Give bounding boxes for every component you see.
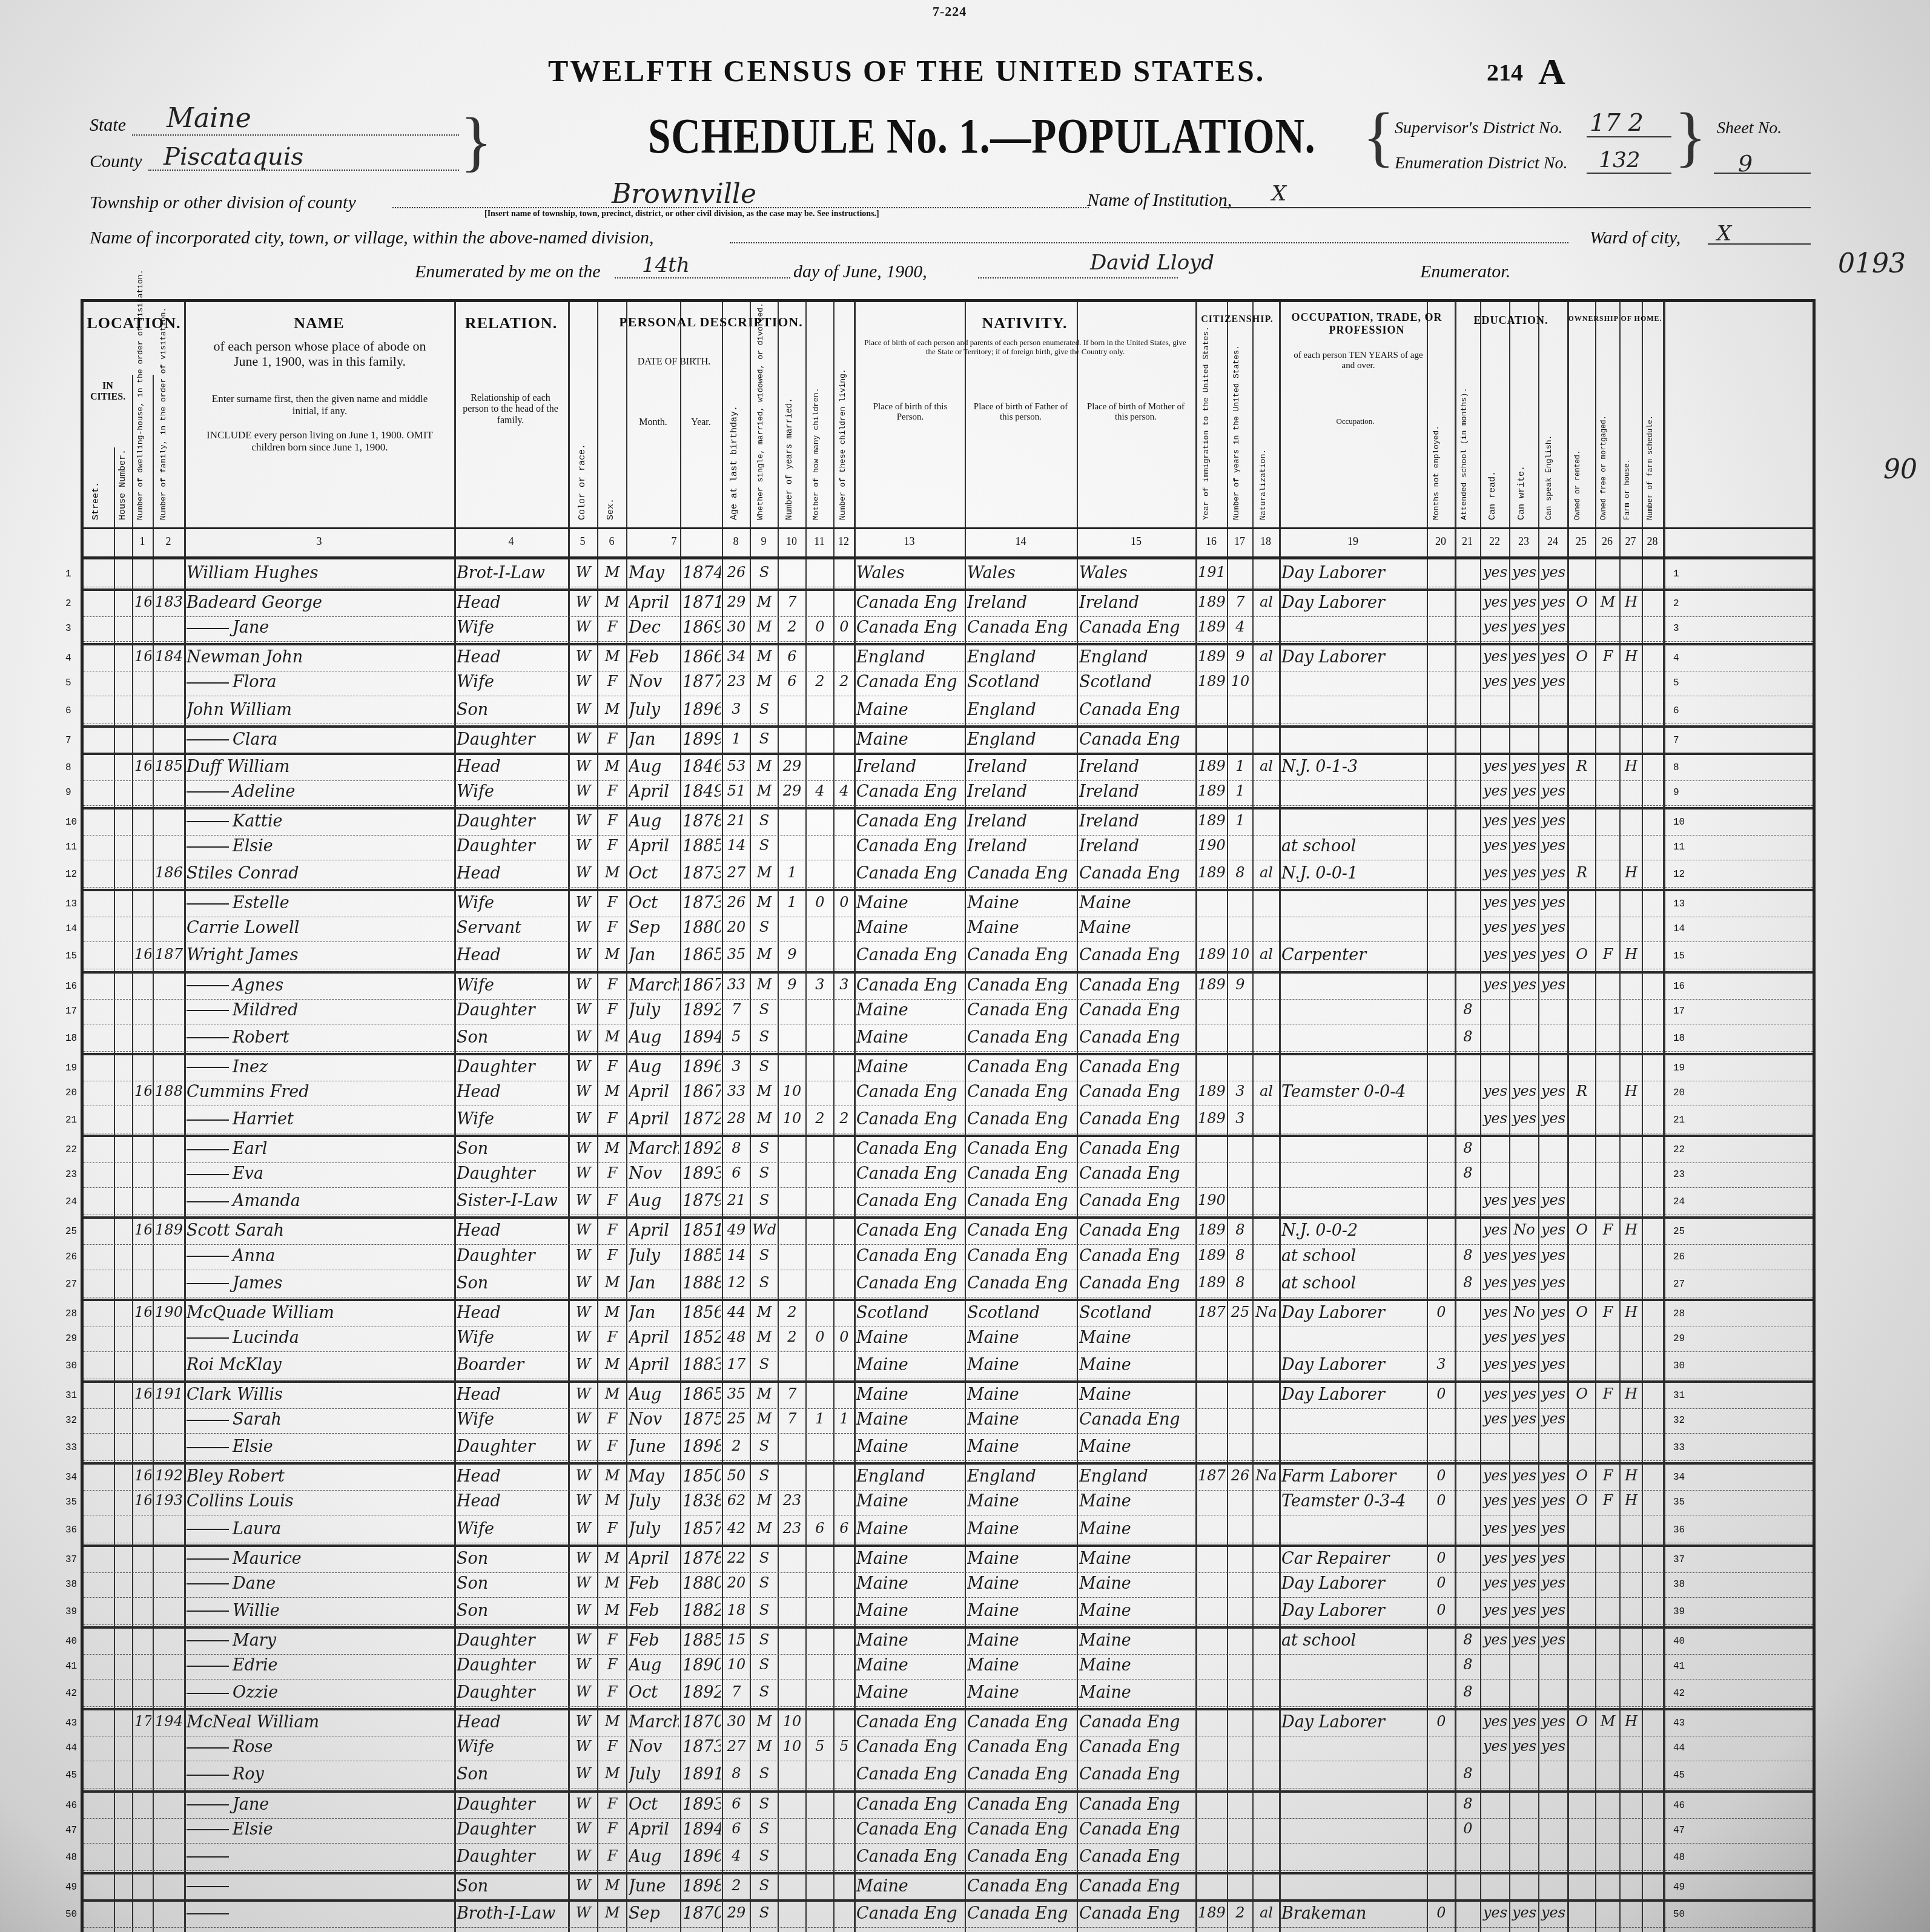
cell-mu: 0	[1429, 1304, 1453, 1320]
cell-mother: Canada Eng	[1079, 1164, 1194, 1183]
cell-relation: Daughter	[457, 1247, 567, 1265]
cell-name: Collins Louis	[187, 1492, 453, 1511]
cell-cl: 2	[836, 673, 853, 690]
table-row: 2727JamesSonWMJan188812SCanada EngCanada…	[84, 1271, 1813, 1297]
cell-sch: 8	[1457, 1247, 1479, 1264]
cell-read: yes	[1482, 976, 1508, 993]
group-citizenship: CITIZENSHIP.	[1195, 314, 1279, 325]
col-number: 6	[597, 535, 626, 548]
cell-mother: Canada Eng	[1079, 1192, 1194, 1210]
cell-relation: Wife	[457, 1110, 567, 1129]
table-row: 2121HarrietWifeWFApril187228M1022Canada …	[84, 1107, 1813, 1133]
cell-mother: Ireland	[1079, 812, 1194, 831]
cell-name: Mildred	[187, 1001, 453, 1020]
line-number: 5	[1673, 678, 1679, 688]
cell-relation: Head	[457, 946, 567, 964]
name-dash	[187, 1256, 229, 1257]
line-number: 24	[65, 1196, 77, 1207]
cell-name: John William	[187, 701, 453, 719]
state-label: State	[90, 115, 126, 136]
cell-color: W	[570, 1247, 596, 1264]
cell-ym: 1	[780, 894, 804, 911]
cell-cl: 0	[836, 618, 853, 635]
cell-age: 50	[724, 1467, 749, 1484]
cell-father: Canada Eng	[967, 1877, 1076, 1896]
cell-age: 15	[724, 1631, 749, 1648]
cell-father: Canada Eng	[967, 1274, 1076, 1293]
cell-nat: al	[1255, 757, 1278, 774]
cell-color: W	[570, 1356, 596, 1373]
cell-marital: S	[752, 730, 776, 747]
cell-read: yes	[1482, 564, 1508, 581]
cell-eng: yes	[1541, 618, 1566, 635]
cell-mother: Canada Eng	[1079, 1877, 1194, 1896]
cell-father: Canada Eng	[967, 1139, 1076, 1158]
name-dash	[187, 739, 229, 740]
name-dash	[187, 1037, 229, 1038]
cell-age: 30	[724, 1713, 749, 1730]
cell-yrs: 3	[1229, 1110, 1251, 1127]
cell-marital: S	[752, 1467, 776, 1484]
line-number: 37	[65, 1554, 77, 1565]
person-name: Scott Sarah	[187, 1221, 284, 1240]
cell-immig: 1899	[1198, 812, 1226, 829]
table-row: 4646JaneDaughterWFOct18936SCanada EngCan…	[84, 1790, 1813, 1819]
line-number: 28	[1673, 1308, 1685, 1319]
cell-marital: S	[752, 812, 776, 829]
cell-father: Scotland	[967, 1304, 1076, 1322]
line-number: 16	[1673, 981, 1685, 992]
table-row: 22160183Badeard GeorgeHeadWMApril187129M…	[84, 589, 1813, 617]
cell-age: 21	[724, 1192, 749, 1208]
cell-free: F	[1598, 1385, 1618, 1402]
cell-month: Jan	[629, 946, 679, 964]
cell-year: 1878	[682, 812, 721, 831]
cell-mother: Maine	[1079, 1656, 1194, 1675]
col-number: 12	[833, 535, 854, 548]
line-number: 40	[1673, 1636, 1685, 1647]
col-number: 14	[965, 535, 1077, 548]
col-number: 8	[722, 535, 750, 548]
cell-year: 1880	[682, 1574, 721, 1593]
cell-yrs: 2	[1229, 1904, 1251, 1921]
name-instr2: INCLUDE every person living on June 1, 1…	[202, 429, 438, 453]
cell-write: yes	[1512, 1385, 1537, 1402]
cell-birth: Canada Eng	[856, 1904, 963, 1923]
line-number: 39	[1673, 1606, 1685, 1617]
cell-marital: M	[752, 894, 776, 911]
cell-name: Agnes	[187, 976, 453, 995]
cell-father: Canada Eng	[967, 1164, 1076, 1183]
table-row: 3434168192Bley RobertHeadWMMay185050SEng…	[84, 1462, 1813, 1491]
cell-fh: H	[1622, 1492, 1641, 1509]
cell-age: 14	[724, 1247, 749, 1264]
cell-age: 25	[724, 1410, 749, 1427]
cell-birth: Canada Eng	[856, 782, 963, 801]
cell-father: Canada Eng	[967, 1795, 1076, 1814]
header-rule	[84, 556, 1813, 559]
cell-birth: Canada Eng	[856, 1713, 963, 1732]
person-name: William Hughes	[187, 564, 319, 582]
cell-read: yes	[1482, 1221, 1508, 1238]
cell-occ: Day Laborer	[1281, 1304, 1426, 1322]
col-number: 9	[750, 535, 778, 548]
cell-age: 20	[724, 918, 749, 935]
cell-color: W	[570, 782, 596, 799]
cell-fh: H	[1622, 1713, 1641, 1730]
cell-name: Duff William	[187, 757, 453, 776]
cell-marital: M	[752, 673, 776, 690]
cell-marital: S	[752, 1192, 776, 1208]
cell-name: Maurice	[187, 1549, 453, 1568]
cell-age: 48	[724, 1328, 749, 1345]
cell-age: 2	[724, 1437, 749, 1454]
cell-color: W	[570, 1028, 596, 1045]
table-row: 2222EarlSonWMMarch18928SCanada EngCanada…	[84, 1135, 1813, 1163]
cell-sex: M	[600, 1356, 625, 1373]
table-row: 4545RoySonWMJuly18918SCanada EngCanada E…	[84, 1762, 1813, 1789]
month-header: Month.	[626, 417, 680, 428]
line-number: 13	[65, 898, 77, 909]
cell-father: Maine	[967, 1328, 1076, 1347]
table-row: 3535167193Collins LouisHeadWMJuly183862M…	[84, 1489, 1813, 1515]
col-number: 23	[1509, 535, 1538, 548]
person-name: Inez	[233, 1058, 268, 1076]
cell-relation: Wife	[457, 976, 567, 995]
cell-occ: at school	[1281, 837, 1426, 856]
table-row: 3737MauriceSonWMApril187822SMaineMaineMa…	[84, 1545, 1813, 1573]
cell-month: April	[629, 1083, 679, 1101]
table-row: 2424AmandaSister-I-LawWFAug187921SCanada…	[84, 1189, 1813, 1215]
name-dash	[187, 1583, 229, 1584]
cell-color: W	[570, 1656, 596, 1673]
line-number: 45	[1673, 1770, 1685, 1781]
cell-mother: England	[1079, 648, 1194, 667]
cell-month: Jan	[629, 1304, 679, 1322]
cell-mc: 2	[808, 673, 832, 690]
line-number: 28	[65, 1308, 77, 1319]
cell-relation: Brot-I-Law	[457, 564, 567, 582]
cell-month: April	[629, 1110, 679, 1129]
line-number: 38	[65, 1579, 77, 1590]
col-number: 11	[805, 535, 833, 548]
cell-immig: 1890	[1198, 946, 1226, 963]
cell-name: McNeal William	[187, 1713, 453, 1732]
cell-eng: yes	[1541, 1467, 1566, 1484]
line-number: 38	[1673, 1579, 1685, 1590]
cell-eng: yes	[1541, 812, 1566, 829]
cell-relation: Son	[457, 1549, 567, 1568]
cell-family: 192	[155, 1467, 183, 1484]
cell-eng: yes	[1541, 1274, 1566, 1291]
cell-marital: M	[752, 946, 776, 963]
person-name: Adeline	[233, 782, 295, 801]
cell-yrs: 1	[1229, 782, 1251, 799]
line-number: 29	[65, 1333, 77, 1344]
cell-ym: 2	[780, 618, 804, 635]
cell-free: F	[1598, 1492, 1618, 1509]
supervisor-label: Supervisor's District No.	[1395, 119, 1562, 138]
cell-month: April	[629, 1820, 679, 1839]
cell-sex: F	[600, 1001, 625, 1018]
line-number: 14	[1673, 923, 1685, 934]
cell-marital: M	[752, 1385, 776, 1402]
table-row: 1818RobertSonWMAug18945SMaineCanada EngC…	[84, 1026, 1813, 1052]
name-dash	[187, 846, 229, 848]
cell-year: 1894	[682, 1028, 721, 1047]
cell-dwelling: 162	[134, 946, 151, 963]
cell-sex: F	[600, 1192, 625, 1208]
cell-color: W	[570, 593, 596, 610]
cell-immig: 1899	[1198, 757, 1226, 774]
name-dash	[187, 985, 229, 986]
cell-fh: H	[1622, 1083, 1641, 1100]
cell-own: O	[1570, 946, 1594, 963]
cell-name: Mary	[187, 1631, 453, 1650]
cell-ym: 9	[780, 976, 804, 993]
cell-read: yes	[1482, 1410, 1508, 1427]
table-row: 3131169191Clark WillisHeadWMAug186535M7M…	[84, 1380, 1813, 1409]
cell-write: yes	[1512, 1492, 1537, 1509]
cell-sex: F	[600, 1847, 625, 1864]
name-dash	[187, 791, 229, 793]
cell-write: yes	[1512, 1631, 1537, 1648]
cell-birth: Canada Eng	[856, 1795, 963, 1814]
cell-dwelling: 167	[134, 1492, 151, 1509]
cell-birth: Canada Eng	[856, 1820, 963, 1839]
cell-read: yes	[1482, 757, 1508, 774]
cell-birth: Maine	[856, 1058, 963, 1076]
cell-name: Elsie	[187, 837, 453, 856]
line-number: 48	[65, 1852, 77, 1863]
cell-immig: 1910	[1198, 564, 1226, 581]
cell-free: F	[1598, 1304, 1618, 1320]
cell-color: W	[570, 1437, 596, 1454]
cell-write: yes	[1512, 864, 1537, 881]
cell-birth: Maine	[856, 1549, 963, 1568]
cell-own: R	[1570, 864, 1594, 881]
table-row: 2020164188Cummins FredHeadWMApril186733M…	[84, 1080, 1813, 1106]
cell-immig: 1874	[1198, 1467, 1226, 1484]
cell-marital: S	[752, 1631, 776, 1648]
cell-write: yes	[1512, 812, 1537, 829]
nat-father-header: Place of birth of Father of this person.	[968, 402, 1074, 423]
cell-occ: Farm Laborer	[1281, 1467, 1426, 1486]
cell-mother: Canada Eng	[1079, 730, 1194, 749]
cell-relation: Wife	[457, 1328, 567, 1347]
enumerated-day: 14th	[642, 253, 690, 277]
cell-month: July	[629, 1492, 679, 1511]
cell-year: 1888	[682, 1274, 721, 1293]
table-row: 4242OzzieDaughterWFOct18927SMaineMaineMa…	[84, 1681, 1813, 1707]
cell-read: yes	[1482, 837, 1508, 854]
cell-sex: F	[600, 1058, 625, 1075]
cell-year: 1867	[682, 976, 721, 995]
line-number: 27	[1673, 1279, 1685, 1290]
cell-mother: Canada Eng	[1079, 976, 1194, 995]
line-number: 7	[65, 735, 71, 746]
cell-month: April	[629, 837, 679, 856]
cell-ym: 23	[780, 1520, 804, 1537]
cell-marital: M	[752, 1520, 776, 1537]
cell-color: W	[570, 1192, 596, 1208]
cell-sex: F	[600, 1683, 625, 1700]
cell-name: James	[187, 1274, 453, 1293]
cell-color: W	[570, 1467, 596, 1484]
person-name: Estelle	[233, 894, 289, 912]
name-dash	[187, 1119, 229, 1121]
cell-birth: Scotland	[856, 1304, 963, 1322]
cell-write: yes	[1512, 1410, 1537, 1427]
cell-ym: 2	[780, 1304, 804, 1320]
cell-name: McQuade William	[187, 1304, 453, 1322]
group-personal: PERSONAL DESCRIPTION.	[568, 314, 854, 330]
cell-month: Oct	[629, 864, 679, 883]
table-row: 5050Broth-I-LawWMSep187029SCanada EngCan…	[84, 1899, 1813, 1928]
cell-mother: Maine	[1079, 918, 1194, 937]
cell-read: yes	[1482, 1083, 1508, 1100]
cell-eng: yes	[1541, 1549, 1566, 1566]
cell-relation: Son	[457, 701, 567, 719]
line-number: 11	[1673, 842, 1685, 852]
months-unemployed-header: Months not employed.	[1432, 423, 1441, 520]
cell-color: W	[570, 1001, 596, 1018]
cell-read: yes	[1482, 1713, 1508, 1730]
cell-month: Jan	[629, 730, 679, 749]
cell-ym: 23	[780, 1492, 804, 1509]
census-sheet: 7-224 TWELFTH CENSUS OF THE UNITED STATE…	[0, 0, 1930, 1932]
cell-month: Aug	[629, 1847, 679, 1866]
cell-color: W	[570, 918, 596, 935]
person-name: Clark Willis	[187, 1385, 283, 1404]
cell-mother: Ireland	[1079, 837, 1194, 856]
township-note: [Insert name of township, town, precinct…	[484, 209, 879, 219]
cell-month: Dec	[629, 618, 679, 637]
living-header: Number of these children living.	[838, 381, 847, 520]
institution-line	[1220, 207, 1811, 208]
cell-name: Amanda	[187, 1192, 453, 1210]
col-number: 18	[1252, 535, 1279, 548]
cell-ym: 9	[780, 946, 804, 963]
cell-mc: 5	[808, 1738, 832, 1755]
line-number: 33	[1673, 1442, 1685, 1453]
line-number: 19	[1673, 1063, 1685, 1073]
cell-sch: 8	[1457, 1001, 1479, 1018]
cell-month: Nov	[629, 1738, 679, 1756]
table-row: 2828168190McQuade WilliamHeadWMJan185644…	[84, 1299, 1813, 1327]
cell-eng: yes	[1541, 1601, 1566, 1618]
cell-occ: Teamster 0-0-4	[1281, 1083, 1426, 1101]
person-name: John William	[187, 701, 292, 719]
cell-age: 26	[724, 564, 749, 581]
cell-nat: al	[1255, 648, 1278, 665]
cell-father: Maine	[967, 1520, 1076, 1538]
cell-father: Canada Eng	[967, 1083, 1076, 1101]
line-number: 40	[65, 1636, 77, 1647]
line-number: 16	[65, 981, 77, 992]
line-number: 17	[65, 1006, 77, 1017]
cell-month: Oct	[629, 1683, 679, 1702]
cell-mu: 0	[1429, 1549, 1453, 1566]
cell-color: W	[570, 1328, 596, 1345]
cell-write: yes	[1512, 976, 1537, 993]
state-line	[132, 134, 459, 136]
cell-ym: 29	[780, 757, 804, 774]
col-number: 25	[1567, 535, 1595, 548]
cell-name	[187, 1904, 453, 1923]
person-name: Elsie	[233, 837, 273, 856]
institution-value: X	[1272, 182, 1286, 206]
cell-month: March	[629, 1713, 679, 1732]
person-name: Cummins Fred	[187, 1083, 309, 1101]
cell-eng: yes	[1541, 1356, 1566, 1373]
group-occupation: OCCUPATION, TRADE, OR PROFESSION	[1279, 311, 1455, 337]
cell-write: yes	[1512, 837, 1537, 854]
cell-dwelling: 162	[134, 648, 151, 665]
enumerator-name: David Lloyd	[1090, 251, 1214, 275]
cell-mu: 0	[1429, 1467, 1453, 1484]
cell-own: O	[1570, 1713, 1594, 1730]
cell-sex: F	[600, 1247, 625, 1264]
cell-marital: S	[752, 1356, 776, 1373]
cell-eng: yes	[1541, 946, 1566, 963]
cell-birth: Canada Eng	[856, 1247, 963, 1265]
cell-mother: Canada Eng	[1079, 1028, 1194, 1047]
cell-mother: Ireland	[1079, 782, 1194, 801]
cell-year: 1865	[682, 946, 721, 964]
cell-occ: Day Laborer	[1281, 1574, 1426, 1593]
cell-ym: 10	[780, 1083, 804, 1100]
cell-name: Roy	[187, 1765, 453, 1784]
cell-mother: Maine	[1079, 1549, 1194, 1568]
cell-age: 44	[724, 1304, 749, 1320]
cell-month: Feb	[629, 1601, 679, 1620]
cell-birth: Canada Eng	[856, 1221, 963, 1240]
line-number: 41	[65, 1661, 77, 1672]
farm-schedule-header: Number of farm schedule.	[1646, 381, 1654, 520]
years-us-header: Number of years in the United States.	[1232, 381, 1241, 520]
cell-relation: Daughter	[457, 1847, 567, 1866]
cell-color: W	[570, 894, 596, 911]
line-number: 49	[1673, 1882, 1685, 1893]
attended-school-header: Attended school (in months).	[1459, 381, 1469, 520]
cell-father: Maine	[967, 1356, 1076, 1374]
cell-yrs: 10	[1229, 946, 1251, 963]
cell-marital: S	[752, 701, 776, 717]
cell-year: 1873	[682, 894, 721, 912]
cell-color: W	[570, 812, 596, 829]
line-number: 47	[1673, 1825, 1685, 1836]
person-name: Roi McKlay	[187, 1356, 282, 1374]
cell-age: 51	[724, 782, 749, 799]
col-number: 28	[1642, 535, 1663, 548]
cell-birth: Canada Eng	[856, 593, 963, 612]
cell-year: 1867	[682, 1083, 721, 1101]
cell-ym: 6	[780, 673, 804, 690]
line-number: 42	[1673, 1688, 1685, 1699]
cell-sch: 8	[1457, 1139, 1479, 1156]
line-number: 35	[1673, 1497, 1685, 1508]
cell-birth: Maine	[856, 1001, 963, 1020]
name-dash	[187, 1283, 229, 1284]
cell-dwelling: 168	[134, 1304, 151, 1320]
cell-eng: yes	[1541, 1738, 1566, 1755]
col-number: 3	[184, 535, 454, 548]
cell-relation: Broth-I-Law	[457, 1904, 567, 1923]
cell-relation: Daughter	[457, 837, 567, 856]
immig-header: Year of immigration to the United States…	[1201, 381, 1211, 520]
cell-age: 53	[724, 757, 749, 774]
